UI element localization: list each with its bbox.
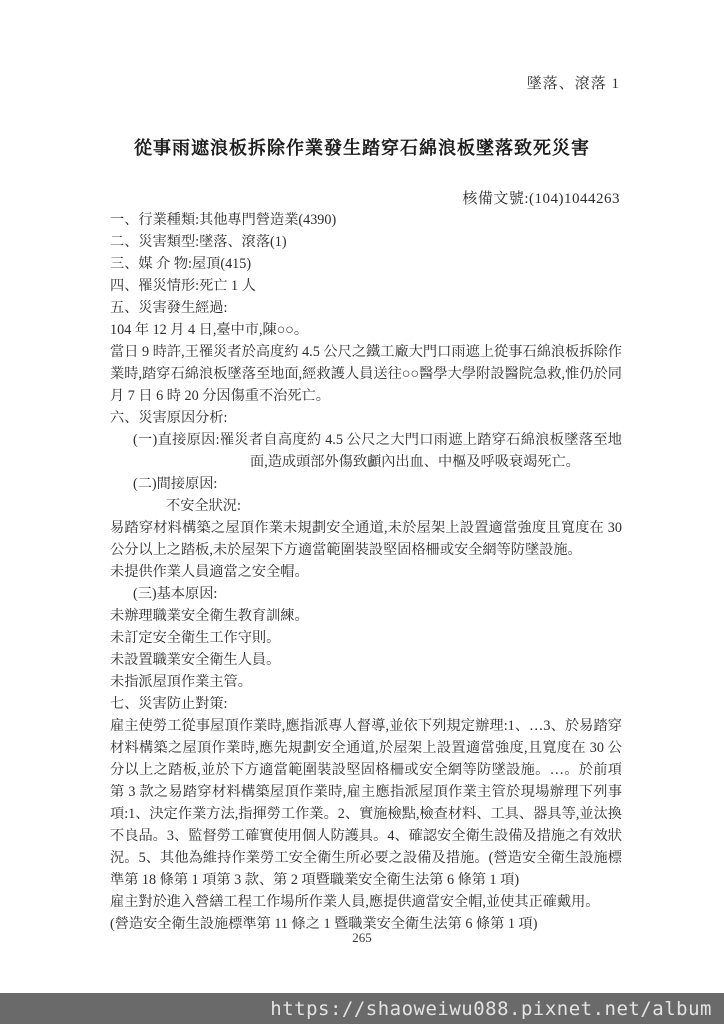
accident-narrative: 當日 9 時許,王罹災者於高度約 4.5 公尺之鐵工廠大門口雨遮上從事石綿浪板拆…: [110, 341, 622, 407]
prevention-measure-helmet: 雇主對於進入營繕工程工作場所作業人員,應提供適當安全帽,並使其正確戴用。: [110, 891, 622, 913]
document-body: 一、行業種類:其他專門營造業(4390) 二、災害類型:墜落、滾落(1) 三、媒…: [110, 209, 622, 935]
basic-cause-heading: (三)基本原因:: [110, 583, 622, 605]
section-header-label: 墜落、滾落 1: [527, 72, 620, 93]
accident-course-heading: 五、災害發生經過:: [110, 297, 622, 319]
indirect-cause-heading: (二)間接原因:: [110, 473, 622, 495]
accident-date-location: 104 年 12 月 4 日,臺中市,陳○○。: [110, 319, 622, 341]
cause-analysis-heading: 六、災害原因分析:: [110, 407, 622, 429]
prevention-measure-roof-work: 雇主使勞工從事屋頂作業時,應指派專人督導,並依下列規定辦理:1、…3、於易踏穿材…: [110, 715, 622, 891]
no-safety-training-line: 未辦理職業安全衛生教育訓練。: [110, 605, 622, 627]
direct-cause: (一)直接原因:罹災者自高度約 4.5 公尺之大門口雨遮上踏穿石綿浪板墜落至地面…: [110, 429, 622, 473]
no-safety-personnel-line: 未設置職業安全衛生人員。: [110, 649, 622, 671]
casualty-status-item: 四、罹災情形:死亡 1 人: [110, 275, 622, 297]
no-helmet-provided-line: 未提供作業人員適當之安全帽。: [110, 561, 622, 583]
document-page: 墜落、滾落 1 從事雨遮浪板拆除作業發生踏穿石綿浪板墜落致死災害 核備文號:(1…: [0, 0, 724, 1024]
industry-type-item: 一、行業種類:其他專門營造業(4390): [110, 209, 622, 231]
no-work-rules-line: 未訂定安全衛生工作守則。: [110, 627, 622, 649]
unsafe-condition-detail: 易踏穿材料構築之屋頂作業未規劃安全通道,未於屋架上設置適當強度且寬度在 30 公…: [110, 517, 622, 561]
watermark-url-text: https://shaoweiwu088.pixnet.net/album: [270, 998, 712, 1020]
medium-object-item: 三、媒 介 物:屋頂(415): [110, 253, 622, 275]
prevention-heading: 七、災害防止對策:: [110, 693, 622, 715]
document-title: 從事雨遮浪板拆除作業發生踏穿石綿浪板墜落致死災害: [0, 134, 724, 160]
disaster-type-item: 二、災害類型:墜落、滾落(1): [110, 231, 622, 253]
unsafe-condition-label: 不安全狀況:: [110, 495, 622, 517]
no-roof-supervisor-line: 未指派屋頂作業主管。: [110, 671, 622, 693]
reference-number: 核備文號:(104)1044263: [462, 187, 620, 208]
page-number: 265: [0, 930, 724, 946]
watermark-bar: https://shaoweiwu088.pixnet.net/album: [0, 993, 724, 1024]
